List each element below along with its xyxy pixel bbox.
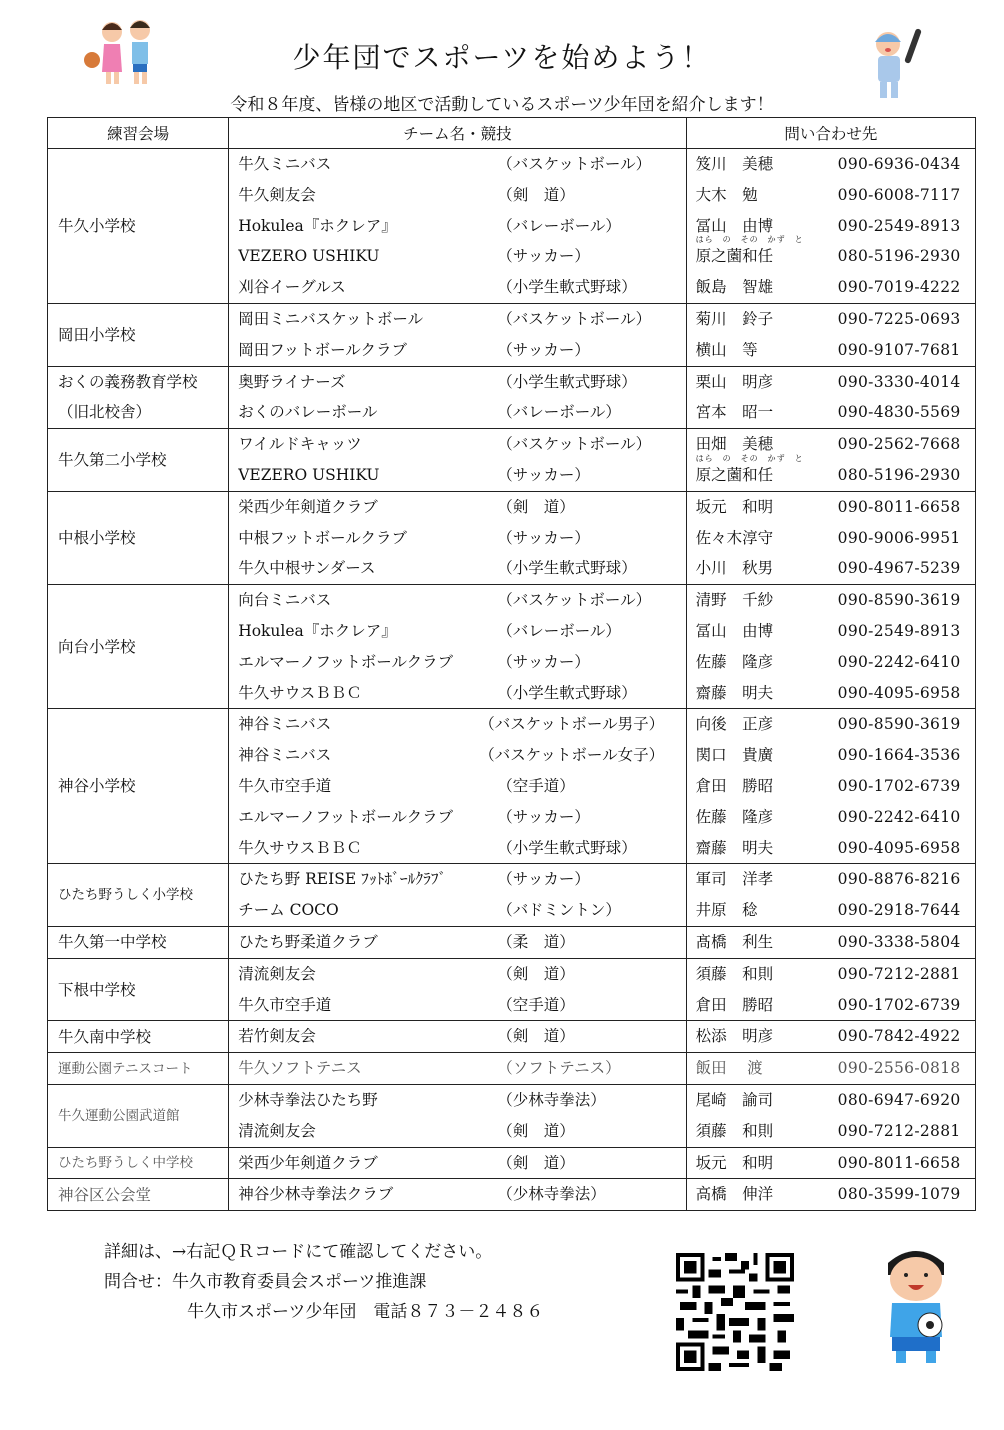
qr-code[interactable] — [674, 1253, 796, 1371]
contact-phone: 080-6947-6920 — [838, 1085, 961, 1116]
contact-phone: 080-3599-1079 — [838, 1179, 961, 1210]
page-title: 少年団でスポーツを始めよう！ — [0, 36, 1004, 76]
team-cell: 向台ミニバス（バスケットボール）Hokulea『ホクレア』（バレーボール）エルマ… — [229, 585, 686, 709]
sport-name: （剣 道） — [497, 492, 575, 523]
team-cell: 若竹剣友会（剣 道） — [229, 1021, 686, 1053]
team-cell: 奥野ライナーズ（小学生軟式野球）おくのバレーボール（バレーボール） — [229, 366, 686, 429]
footer-inquiry-line: 問合せ：牛久市教育委員会スポーツ推進課 — [104, 1267, 426, 1292]
contact-name: 須藤 和則 — [696, 1116, 774, 1147]
team-cell: 岡田ミニバスケットボール（バスケットボール）岡田フットボールクラブ（サッカー） — [229, 303, 686, 366]
team-name: 牛久ソフトテニス — [238, 1053, 361, 1084]
contact-phone: 090-1702-6739 — [838, 990, 961, 1021]
sport-name: （空手道） — [497, 771, 575, 802]
contact-name: 大木 勉 — [696, 180, 758, 211]
contact-phone: 090-6936-0434 — [838, 149, 961, 180]
venue-cell: 神谷小学校 — [48, 709, 229, 864]
venue-cell: 下根中学校 — [48, 958, 229, 1021]
contact-entry: 冨山 由博090-2549-8913 — [687, 616, 975, 647]
team-name: 向台ミニバス — [238, 585, 331, 616]
contact-name: 栗山 明彦 — [696, 367, 774, 398]
sport-name: （サッカー） — [497, 802, 590, 833]
team-entry: 清流剣友会（剣 道） — [229, 959, 685, 990]
contact-cell: 髙橋 利生090-3338-5804 — [686, 926, 975, 958]
contact-phone: 090-8011-6658 — [838, 492, 961, 523]
contact-phone: 080-5196-2930 — [838, 241, 961, 272]
contact-name: 髙橋 利生 — [696, 927, 774, 958]
team-name: 牛久サウスＢＢＣ — [238, 833, 362, 864]
sport-name: （小学生軟式野球） — [497, 833, 637, 864]
team-entry: ひたち野 REISE ﾌｯﾄﾎﾞｰﾙｸﾗﾌﾞ（サッカー） — [229, 864, 685, 895]
team-cell: 栄西少年剣道クラブ（剣 道） — [229, 1147, 686, 1179]
team-name: Hokulea『ホクレア』 — [238, 616, 397, 647]
team-entry: エルマーノフットボールクラブ（サッカー） — [229, 647, 685, 678]
venue-group-row: 牛久運動公園武道館少林寺拳法ひたち野（少林寺拳法）清流剣友会（剣 道）尾崎 諭司… — [48, 1084, 976, 1147]
contact-entry: 須藤 和則090-7212-2881 — [687, 959, 975, 990]
team-cell: 神谷少林寺拳法クラブ（少林寺拳法） — [229, 1179, 686, 1211]
contact-cell: 笈川 美穂090-6936-0434大木 勉090-6008-7117冨山 由博… — [686, 149, 975, 304]
contact-phone: 090-7842-4922 — [838, 1021, 961, 1052]
team-entry: 神谷ミニバス（バスケットボール男子） — [229, 709, 685, 740]
contact-cell: 向後 正彦090-8590-3619関口 貴廣090-1664-3536倉田 勝… — [686, 709, 975, 864]
venue-cell: ひたち野うしく中学校 — [48, 1147, 229, 1179]
contact-name: 冨山 由博 — [696, 616, 774, 647]
contact-phone: 090-1702-6739 — [838, 771, 961, 802]
sport-name: （小学生軟式野球） — [497, 553, 637, 584]
contact-name: 向後 正彦 — [696, 709, 774, 740]
venue-group-row: おくの義務教育学校（旧北校舎）奥野ライナーズ（小学生軟式野球）おくのバレーボール… — [48, 366, 976, 429]
team-entry: ひたち野柔道クラブ（柔 道） — [229, 927, 685, 958]
team-entry: チーム COCO（バドミントン） — [229, 895, 685, 926]
contact-phone: 090-4967-5239 — [838, 553, 961, 584]
team-entry: おくのバレーボール（バレーボール） — [229, 397, 685, 428]
sport-name: （剣 道） — [497, 180, 575, 211]
venue-name: 牛久小学校 — [58, 211, 228, 241]
contact-entry: 栗山 明彦090-3330-4014 — [687, 367, 975, 398]
team-entry: VEZERO USHIKU（サッカー） — [229, 460, 685, 491]
contact-phone: 090-4095-6958 — [838, 678, 961, 709]
venue-cell: ひたち野うしく小学校 — [48, 864, 229, 927]
contact-entry: 高橋 伸洋080-3599-1079 — [687, 1179, 975, 1210]
contact-entry: 大木 勉090-6008-7117 — [687, 180, 975, 211]
contact-entry: 宮本 昭一090-4830-5569 — [687, 397, 975, 428]
team-entry: 栄西少年剣道クラブ（剣 道） — [229, 492, 685, 523]
team-name: ひたち野柔道クラブ — [238, 927, 378, 958]
team-entry: Hokulea『ホクレア』（バレーボール） — [229, 616, 685, 647]
team-name: 岡田ミニバスケットボール — [238, 304, 423, 335]
contact-cell: 高橋 伸洋080-3599-1079 — [686, 1179, 975, 1211]
team-entry: 牛久市空手道（空手道） — [229, 771, 685, 802]
venue-name: 牛久第一中学校 — [58, 927, 228, 957]
sport-name: （バスケットボール女子） — [479, 740, 664, 771]
contact-phone: 090-2242-6410 — [838, 802, 961, 833]
soccer-boy-illustration — [872, 1245, 960, 1367]
team-name: 岡田フットボールクラブ — [238, 335, 407, 366]
team-name: 牛久市空手道 — [238, 990, 331, 1021]
contact-phone: 090-2242-6410 — [838, 647, 961, 678]
venue-name: 運動公園テニスコート — [58, 1054, 228, 1084]
venue-group-row: 運動公園テニスコート牛久ソフトテニス（ソフトテニス）飯田 渡090-2556-0… — [48, 1053, 976, 1085]
contact-name: 坂元 和明 — [696, 492, 774, 523]
contact-entry: 齋藤 明夫090-4095-6958 — [687, 833, 975, 864]
venue-group-row: 中根小学校栄西少年剣道クラブ（剣 道）中根フットボールクラブ（サッカー）牛久中根… — [48, 491, 976, 584]
contact-phone: 090-2549-8913 — [838, 616, 961, 647]
team-entry: ワイルドキャッツ（バスケットボール） — [229, 429, 685, 460]
contact-name: 尾崎 諭司 — [696, 1085, 774, 1116]
contact-entry: 飯島 智雄090-7019-4222 — [687, 272, 975, 303]
contact-phone: 090-7212-2881 — [838, 1116, 961, 1147]
sport-name: （バスケットボール） — [497, 149, 651, 180]
contact-entry: 齋藤 明夫090-4095-6958 — [687, 678, 975, 709]
sport-name: （少林寺拳法） — [497, 1179, 606, 1210]
contact-phone: 090-2556-0818 — [838, 1053, 961, 1084]
contact-entry: 倉田 勝昭090-1702-6739 — [687, 771, 975, 802]
venue-group-row: 牛久小学校牛久ミニバス（バスケットボール）牛久剣友会（剣 道）Hokulea『ホ… — [48, 149, 976, 304]
team-cell: 牛久ミニバス（バスケットボール）牛久剣友会（剣 道）Hokulea『ホクレア』（… — [229, 149, 686, 304]
team-entry: 牛久剣友会（剣 道） — [229, 180, 685, 211]
venue-name: 牛久第二小学校 — [58, 445, 228, 475]
venue-name: ひたち野うしく中学校 — [58, 1148, 228, 1178]
team-name: 栄西少年剣道クラブ — [238, 492, 378, 523]
venue-cell: 運動公園テニスコート — [48, 1053, 229, 1085]
team-cell: 神谷ミニバス（バスケットボール男子）神谷ミニバス（バスケットボール女子）牛久市空… — [229, 709, 686, 864]
contact-entry: 井原 稔090-2918-7644 — [687, 895, 975, 926]
team-cell: ワイルドキャッツ（バスケットボール）VEZERO USHIKU（サッカー） — [229, 429, 686, 492]
contact-cell: 坂元 和明090-8011-6658佐々木淳守090-9006-9951小川 秋… — [686, 491, 975, 584]
team-name: チーム COCO — [238, 895, 339, 926]
team-cell: ひたち野柔道クラブ（柔 道） — [229, 926, 686, 958]
sport-name: （バレーボール） — [497, 397, 621, 428]
contact-phone: 090-4095-6958 — [838, 833, 961, 864]
contact-phone: 080-5196-2930 — [838, 460, 961, 491]
venue-name: 岡田小学校 — [58, 320, 228, 350]
venue-group-row: 神谷小学校神谷ミニバス（バスケットボール男子）神谷ミニバス（バスケットボール女子… — [48, 709, 976, 864]
venue-cell: 向台小学校 — [48, 585, 229, 709]
venue-cell: 牛久南中学校 — [48, 1021, 229, 1053]
team-name: 牛久ミニバス — [238, 149, 331, 180]
contact-entry: 軍司 洋孝090-8876-8216 — [687, 864, 975, 895]
venue-cell: おくの義務教育学校（旧北校舎） — [48, 366, 229, 429]
sport-name: （サッカー） — [497, 647, 590, 678]
contact-name: 井原 稔 — [696, 895, 758, 926]
contact-entry: はら の その かず と原之薗和任080-5196-2930 — [687, 241, 975, 272]
team-name: ワイルドキャッツ — [238, 429, 362, 460]
contact-entry: 清野 千紗090-8590-3619 — [687, 585, 975, 616]
team-entry: 少林寺拳法ひたち野（少林寺拳法） — [229, 1085, 685, 1116]
team-entry: 岡田ミニバスケットボール（バスケットボール） — [229, 304, 685, 335]
venue-group-row: 牛久第一中学校ひたち野柔道クラブ（柔 道）髙橋 利生090-3338-5804 — [48, 926, 976, 958]
contact-name: 清野 千紗 — [696, 585, 774, 616]
sport-name: （柔 道） — [497, 927, 575, 958]
contact-name: 原之薗和任 — [696, 241, 774, 272]
sport-name: （剣 道） — [497, 1116, 575, 1147]
team-name: 刈谷イーグルス — [238, 272, 346, 303]
contact-cell: 飯田 渡090-2556-0818 — [686, 1053, 975, 1085]
team-name: おくのバレーボール — [238, 397, 377, 428]
contact-phone: 090-7225-0693 — [838, 304, 961, 335]
sport-name: （ソフトテニス） — [497, 1053, 620, 1084]
sport-name: （小学生軟式野球） — [497, 272, 637, 303]
team-entry: 向台ミニバス（バスケットボール） — [229, 585, 685, 616]
team-name: 若竹剣友会 — [238, 1021, 316, 1052]
contact-entry: 須藤 和則090-7212-2881 — [687, 1116, 975, 1147]
venue-group-row: ひたち野うしく小学校ひたち野 REISE ﾌｯﾄﾎﾞｰﾙｸﾗﾌﾞ（サッカー）チー… — [48, 864, 976, 927]
contact-cell: 尾崎 諭司080-6947-6920須藤 和則090-7212-2881 — [686, 1084, 975, 1147]
contact-name: 軍司 洋孝 — [696, 864, 774, 895]
contact-phone: 090-4830-5569 — [838, 397, 961, 428]
team-name: ひたち野 REISE ﾌｯﾄﾎﾞｰﾙｸﾗﾌﾞ — [238, 864, 446, 895]
contact-cell: 清野 千紗090-8590-3619冨山 由博090-2549-8913佐藤 隆… — [686, 585, 975, 709]
contact-phone: 090-8011-6658 — [838, 1148, 961, 1179]
contact-name: 佐藤 隆彦 — [696, 802, 774, 833]
team-name: 少林寺拳法ひたち野 — [238, 1085, 378, 1116]
venue-cell: 牛久第一中学校 — [48, 926, 229, 958]
contact-phone: 090-8590-3619 — [838, 709, 961, 740]
contact-entry: 向後 正彦090-8590-3619 — [687, 709, 975, 740]
team-entry: 奥野ライナーズ（小学生軟式野球） — [229, 367, 685, 398]
contact-entry: 松添 明彦090-7842-4922 — [687, 1021, 975, 1052]
page-subtitle: 令和８年度、皆様の地区で活動しているスポーツ少年団を紹介します！ — [0, 90, 1004, 115]
venue-name: 下根中学校 — [58, 975, 228, 1005]
contact-name: 齋藤 明夫 — [696, 678, 774, 709]
contact-phone: 090-7019-4222 — [838, 272, 961, 303]
contact-entry: 横山 等090-9107-7681 — [687, 335, 975, 366]
venue-group-row: 神谷区公会堂神谷少林寺拳法クラブ（少林寺拳法）高橋 伸洋080-3599-107… — [48, 1179, 976, 1211]
contact-entry: 倉田 勝昭090-1702-6739 — [687, 990, 975, 1021]
sport-name: （バスケットボール） — [497, 304, 651, 335]
contact-phone: 090-8876-8216 — [838, 864, 961, 895]
sport-name: （剣 道） — [497, 1148, 575, 1179]
contact-phone: 090-8590-3619 — [838, 585, 961, 616]
team-entry: Hokulea『ホクレア』（バレーボール） — [229, 211, 685, 242]
team-entry: 中根フットボールクラブ（サッカー） — [229, 523, 685, 554]
contact-name: 宮本 昭一 — [696, 397, 774, 428]
sport-name: （サッカー） — [497, 523, 590, 554]
venue-name: 神谷小学校 — [58, 771, 228, 801]
contact-entry: 菊川 鈴子090-7225-0693 — [687, 304, 975, 335]
team-name: 牛久サウスＢＢＣ — [238, 678, 362, 709]
contact-entry: 坂元 和明090-8011-6658 — [687, 492, 975, 523]
contact-entry: 笈川 美穂090-6936-0434 — [687, 149, 975, 180]
team-name: エルマーノフットボールクラブ — [238, 647, 453, 678]
contact-cell: 軍司 洋孝090-8876-8216井原 稔090-2918-7644 — [686, 864, 975, 927]
contact-name: 齋藤 明夫 — [696, 833, 774, 864]
team-entry: 牛久中根サンダース（小学生軟式野球） — [229, 553, 685, 584]
team-name: 牛久市空手道 — [238, 771, 331, 802]
team-name: 牛久中根サンダース — [238, 553, 375, 584]
team-cell: 栄西少年剣道クラブ（剣 道）中根フットボールクラブ（サッカー）牛久中根サンダース… — [229, 491, 686, 584]
team-entry: 清流剣友会（剣 道） — [229, 1116, 685, 1147]
team-entry: 栄西少年剣道クラブ（剣 道） — [229, 1148, 685, 1179]
team-cell: 少林寺拳法ひたち野（少林寺拳法）清流剣友会（剣 道） — [229, 1084, 686, 1147]
venue-group-row: 下根中学校清流剣友会（剣 道）牛久市空手道（空手道）須藤 和則090-7212-… — [48, 958, 976, 1021]
contact-name: 笈川 美穂 — [696, 149, 774, 180]
sport-name: （サッカー） — [497, 241, 590, 272]
team-name: 神谷少林寺拳法クラブ — [238, 1179, 393, 1210]
venue-group-row: 牛久第二小学校ワイルドキャッツ（バスケットボール）VEZERO USHIKU（サ… — [48, 429, 976, 492]
header-team: チーム名・競技 — [229, 118, 686, 149]
venue-name: おくの義務教育学校 — [58, 367, 228, 397]
contact-name: 高橋 伸洋 — [696, 1179, 774, 1210]
contact-entry: 佐藤 隆彦090-2242-6410 — [687, 802, 975, 833]
team-entry: VEZERO USHIKU（サッカー） — [229, 241, 685, 272]
team-name: VEZERO USHIKU — [238, 460, 379, 491]
contact-entry: 佐藤 隆彦090-2242-6410 — [687, 647, 975, 678]
team-name: 清流剣友会 — [238, 959, 316, 990]
venue-group-row: 岡田小学校岡田ミニバスケットボール（バスケットボール）岡田フットボールクラブ（サ… — [48, 303, 976, 366]
contact-cell: 坂元 和明090-8011-6658 — [686, 1147, 975, 1179]
contact-entry: 坂元 和明090-8011-6658 — [687, 1148, 975, 1179]
contact-cell: 須藤 和則090-7212-2881倉田 勝昭090-1702-6739 — [686, 958, 975, 1021]
team-entry: 牛久ソフトテニス（ソフトテニス） — [229, 1053, 685, 1084]
venue-cell: 牛久小学校 — [48, 149, 229, 304]
contact-name: 佐々木淳守 — [696, 523, 774, 554]
team-entry: 牛久サウスＢＢＣ（小学生軟式野球） — [229, 678, 685, 709]
contact-name: 松添 明彦 — [696, 1021, 774, 1052]
sport-name: （バレーボール） — [497, 211, 621, 242]
sport-name: （小学生軟式野球） — [497, 678, 637, 709]
contact-entry: 飯田 渡090-2556-0818 — [687, 1053, 975, 1084]
contact-entry: 関口 貴廣090-1664-3536 — [687, 740, 975, 771]
contact-phone: 090-9006-9951 — [838, 523, 961, 554]
contact-entry: 佐々木淳守090-9006-9951 — [687, 523, 975, 554]
team-cell: ひたち野 REISE ﾌｯﾄﾎﾞｰﾙｸﾗﾌﾞ（サッカー）チーム COCO（バドミ… — [229, 864, 686, 927]
team-name: 牛久剣友会 — [238, 180, 316, 211]
team-entry: エルマーノフットボールクラブ（サッカー） — [229, 802, 685, 833]
venue-note: （旧北校舎） — [58, 397, 228, 427]
contact-entry: はら の その かず と原之薗和任080-5196-2930 — [687, 460, 975, 491]
venue-cell: 牛久運動公園武道館 — [48, 1084, 229, 1147]
team-entry: 牛久市空手道（空手道） — [229, 990, 685, 1021]
sport-name: （剣 道） — [497, 1021, 575, 1052]
team-entry: 岡田フットボールクラブ（サッカー） — [229, 335, 685, 366]
contact-cell: 松添 明彦090-7842-4922 — [686, 1021, 975, 1053]
header-venue: 練習会場 — [48, 118, 229, 149]
contact-phone: 090-2549-8913 — [838, 211, 961, 242]
contact-phone: 090-2562-7668 — [838, 429, 961, 460]
sport-name: （小学生軟式野球） — [497, 367, 637, 398]
contact-name: 飯田 渡 — [696, 1053, 763, 1084]
contact-name: 飯島 智雄 — [696, 272, 774, 303]
team-entry: 神谷少林寺拳法クラブ（少林寺拳法） — [229, 1179, 685, 1210]
contact-name: 関口 貴廣 — [696, 740, 774, 771]
sport-name: （サッカー） — [497, 864, 590, 895]
team-name: 清流剣友会 — [238, 1116, 316, 1147]
footer-phone-line: 牛久市スポーツ少年団 電話８７３－２４８６ — [187, 1297, 543, 1322]
venue-group-row: ひたち野うしく中学校栄西少年剣道クラブ（剣 道）坂元 和明090-8011-66… — [48, 1147, 976, 1179]
venue-name: 向台小学校 — [58, 632, 228, 662]
contact-name: 菊川 鈴子 — [696, 304, 774, 335]
table-header-row: 練習会場 チーム名・競技 問い合わせ先 — [48, 118, 976, 149]
footer-details-note: 詳細は、→右記ＱＲコードにて確認してください。 — [104, 1237, 492, 1262]
contact-name: 倉田 勝昭 — [696, 990, 774, 1021]
team-name: 神谷ミニバス — [238, 740, 331, 771]
header-contact: 問い合わせ先 — [686, 118, 975, 149]
venue-name: 牛久運動公園武道館 — [58, 1101, 228, 1131]
contact-phone: 090-6008-7117 — [838, 180, 961, 211]
team-name: エルマーノフットボールクラブ — [238, 802, 453, 833]
venue-name: 中根小学校 — [58, 523, 228, 553]
venue-cell: 神谷区公会堂 — [48, 1179, 229, 1211]
contact-phone: 090-3330-4014 — [838, 367, 961, 398]
venue-cell: 牛久第二小学校 — [48, 429, 229, 492]
contact-cell: 菊川 鈴子090-7225-0693横山 等090-9107-7681 — [686, 303, 975, 366]
team-entry: 神谷ミニバス（バスケットボール女子） — [229, 740, 685, 771]
team-name: 神谷ミニバス — [238, 709, 331, 740]
sport-name: （サッカー） — [497, 460, 590, 491]
contact-name: 佐藤 隆彦 — [696, 647, 774, 678]
contact-entry: 尾崎 諭司080-6947-6920 — [687, 1085, 975, 1116]
team-name: 中根フットボールクラブ — [238, 523, 407, 554]
venue-name: 神谷区公会堂 — [58, 1180, 228, 1210]
contact-name: 小川 秋男 — [696, 553, 774, 584]
sport-name: （バスケットボール） — [497, 585, 651, 616]
contact-phone: 090-2918-7644 — [838, 895, 961, 926]
contact-name: 横山 等 — [696, 335, 758, 366]
contact-phone: 090-9107-7681 — [838, 335, 961, 366]
sport-name: （剣 道） — [497, 959, 575, 990]
contact-phone: 090-1664-3536 — [838, 740, 961, 771]
venue-group-row: 牛久南中学校若竹剣友会（剣 道）松添 明彦090-7842-4922 — [48, 1021, 976, 1053]
team-name: 栄西少年剣道クラブ — [238, 1148, 378, 1179]
sport-name: （サッカー） — [497, 335, 590, 366]
team-name: VEZERO USHIKU — [238, 241, 379, 272]
sport-name: （バスケットボール男子） — [479, 709, 664, 740]
contact-name: 倉田 勝昭 — [696, 771, 774, 802]
contact-phone: 090-3338-5804 — [838, 927, 961, 958]
sports-club-table: 練習会場 チーム名・競技 問い合わせ先 牛久小学校牛久ミニバス（バスケットボール… — [47, 117, 976, 1211]
team-cell: 牛久ソフトテニス（ソフトテニス） — [229, 1053, 686, 1085]
team-entry: 牛久サウスＢＢＣ（小学生軟式野球） — [229, 833, 685, 864]
team-entry: 刈谷イーグルス（小学生軟式野球） — [229, 272, 685, 303]
venue-cell: 岡田小学校 — [48, 303, 229, 366]
venue-cell: 中根小学校 — [48, 491, 229, 584]
sport-name: （空手道） — [497, 990, 575, 1021]
sport-name: （バスケットボール） — [497, 429, 651, 460]
team-entry: 牛久ミニバス（バスケットボール） — [229, 149, 685, 180]
venue-name: 牛久南中学校 — [58, 1022, 228, 1052]
contact-name: 坂元 和明 — [696, 1148, 774, 1179]
team-entry: 若竹剣友会（剣 道） — [229, 1021, 685, 1052]
sport-name: （バドミントン） — [497, 895, 621, 926]
venue-group-row: 向台小学校向台ミニバス（バスケットボール）Hokulea『ホクレア』（バレーボー… — [48, 585, 976, 709]
contact-entry: 小川 秋男090-4967-5239 — [687, 553, 975, 584]
contact-cell: 田畑 美穂090-2562-7668はら の その かず と原之薗和任080-5… — [686, 429, 975, 492]
contact-name: 原之薗和任 — [696, 460, 774, 491]
contact-phone: 090-7212-2881 — [838, 959, 961, 990]
team-cell: 清流剣友会（剣 道）牛久市空手道（空手道） — [229, 958, 686, 1021]
contact-entry: 髙橋 利生090-3338-5804 — [687, 927, 975, 958]
sport-name: （バレーボール） — [497, 616, 621, 647]
contact-cell: 栗山 明彦090-3330-4014宮本 昭一090-4830-5569 — [686, 366, 975, 429]
team-name: 奥野ライナーズ — [238, 367, 345, 398]
contact-name: 須藤 和則 — [696, 959, 774, 990]
team-name: Hokulea『ホクレア』 — [238, 211, 397, 242]
venue-name: ひたち野うしく小学校 — [58, 880, 228, 910]
sport-name: （少林寺拳法） — [497, 1085, 606, 1116]
